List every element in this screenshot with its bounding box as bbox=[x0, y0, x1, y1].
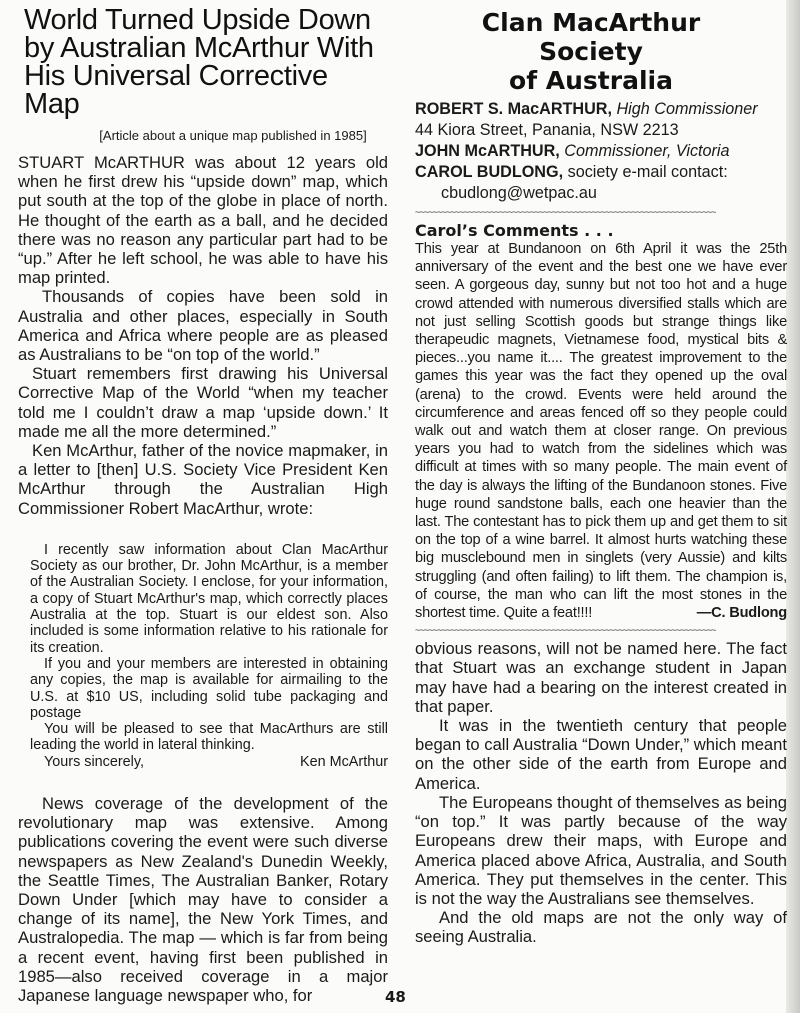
letter-paragraph: You will be pleased to see that MacArthu… bbox=[30, 721, 388, 754]
contact-name: ROBERT S. MacARTHUR, bbox=[415, 100, 612, 118]
article-headline: World Turned Upside Down by Australian M… bbox=[24, 6, 388, 118]
article-continued: obvious reasons, will not be named here.… bbox=[415, 639, 787, 946]
article-paragraph: It was in the twentieth century that peo… bbox=[415, 716, 787, 793]
article-body: STUART McARTHUR was about 12 years old w… bbox=[18, 153, 388, 518]
comments-body: This year at Bundanoon on 6th April it w… bbox=[415, 240, 787, 622]
society-title-line: Clan MacArthur bbox=[415, 8, 767, 37]
contact-name: JOHN McARTHUR, bbox=[415, 142, 560, 160]
page-edge-shadow bbox=[786, 0, 800, 1013]
article-paragraph: Stuart remembers first drawing his Unive… bbox=[18, 364, 388, 441]
letter-closing: Yours sincerely, bbox=[44, 754, 144, 770]
left-column: World Turned Upside Down by Australian M… bbox=[18, 6, 388, 1005]
article-paragraph: Thousands of copies have been sold in Au… bbox=[18, 287, 388, 364]
page-number: 48 bbox=[385, 988, 406, 1006]
contact-role: High Commissioner bbox=[616, 100, 757, 118]
quoted-letter: I recently saw information about Clan Ma… bbox=[30, 542, 388, 770]
article-paragraph: The Europeans thought of themselves as b… bbox=[415, 793, 787, 908]
letter-signature: Ken McArthur bbox=[300, 754, 388, 770]
right-column: Clan MacArthur Society of Australia ROBE… bbox=[415, 6, 787, 947]
letter-paragraph: If you and your members are interested i… bbox=[30, 656, 388, 721]
comments-title: Carol’s Comments . . . bbox=[415, 221, 787, 240]
society-title-line: Society bbox=[415, 37, 767, 66]
contact-email-person: CAROL BUDLONG, society e-mail contact: bbox=[415, 162, 787, 183]
article-paragraph: obvious reasons, will not be named here.… bbox=[415, 639, 787, 716]
contact-address: 44 Kiora Street, Panania, NSW 2213 bbox=[415, 120, 787, 141]
comments-signature: —C. Budlong bbox=[697, 604, 787, 622]
society-title: Clan MacArthur Society of Australia bbox=[415, 8, 787, 95]
news-coverage-section: News coverage of the development of the … bbox=[18, 794, 388, 1005]
article-paragraph: And the old maps are not the only way of… bbox=[415, 908, 787, 946]
article-subhead: [Article about a unique map published in… bbox=[18, 128, 388, 143]
article-paragraph: STUART McARTHUR was about 12 years old w… bbox=[18, 153, 388, 287]
tilde-divider: ~~~~~~~~~~~~~~~~~~~~~~~~~~~~~~~~~~~~~~~~… bbox=[415, 208, 787, 219]
contact-commissioner-victoria: JOHN McARTHUR, Commissioner, Victoria bbox=[415, 141, 787, 162]
article-paragraph: News coverage of the development of the … bbox=[18, 794, 388, 1005]
contact-role: society e-mail contact: bbox=[568, 163, 728, 181]
contact-email-link[interactable]: cbudlong@wetpac.au bbox=[415, 183, 787, 204]
letter-paragraph: I recently saw information about Clan Ma… bbox=[30, 542, 388, 656]
tilde-divider: ~~~~~~~~~~~~~~~~~~~~~~~~~~~~~~~~~~~~~~~~… bbox=[415, 626, 787, 637]
society-title-line: of Australia bbox=[415, 66, 767, 95]
letter-signoff: Yours sincerely, Ken McArthur bbox=[30, 754, 388, 770]
comments-text: This year at Bundanoon on 6th April it w… bbox=[415, 241, 787, 621]
contact-name: CAROL BUDLONG, bbox=[415, 163, 563, 181]
article-paragraph: Ken McArthur, father of the novice mapma… bbox=[18, 441, 388, 518]
contact-role: Commissioner, Victoria bbox=[564, 142, 729, 160]
society-box: Clan MacArthur Society of Australia ROBE… bbox=[415, 8, 787, 637]
contact-high-commissioner: ROBERT S. MacARTHUR, High Commissioner bbox=[415, 99, 787, 120]
